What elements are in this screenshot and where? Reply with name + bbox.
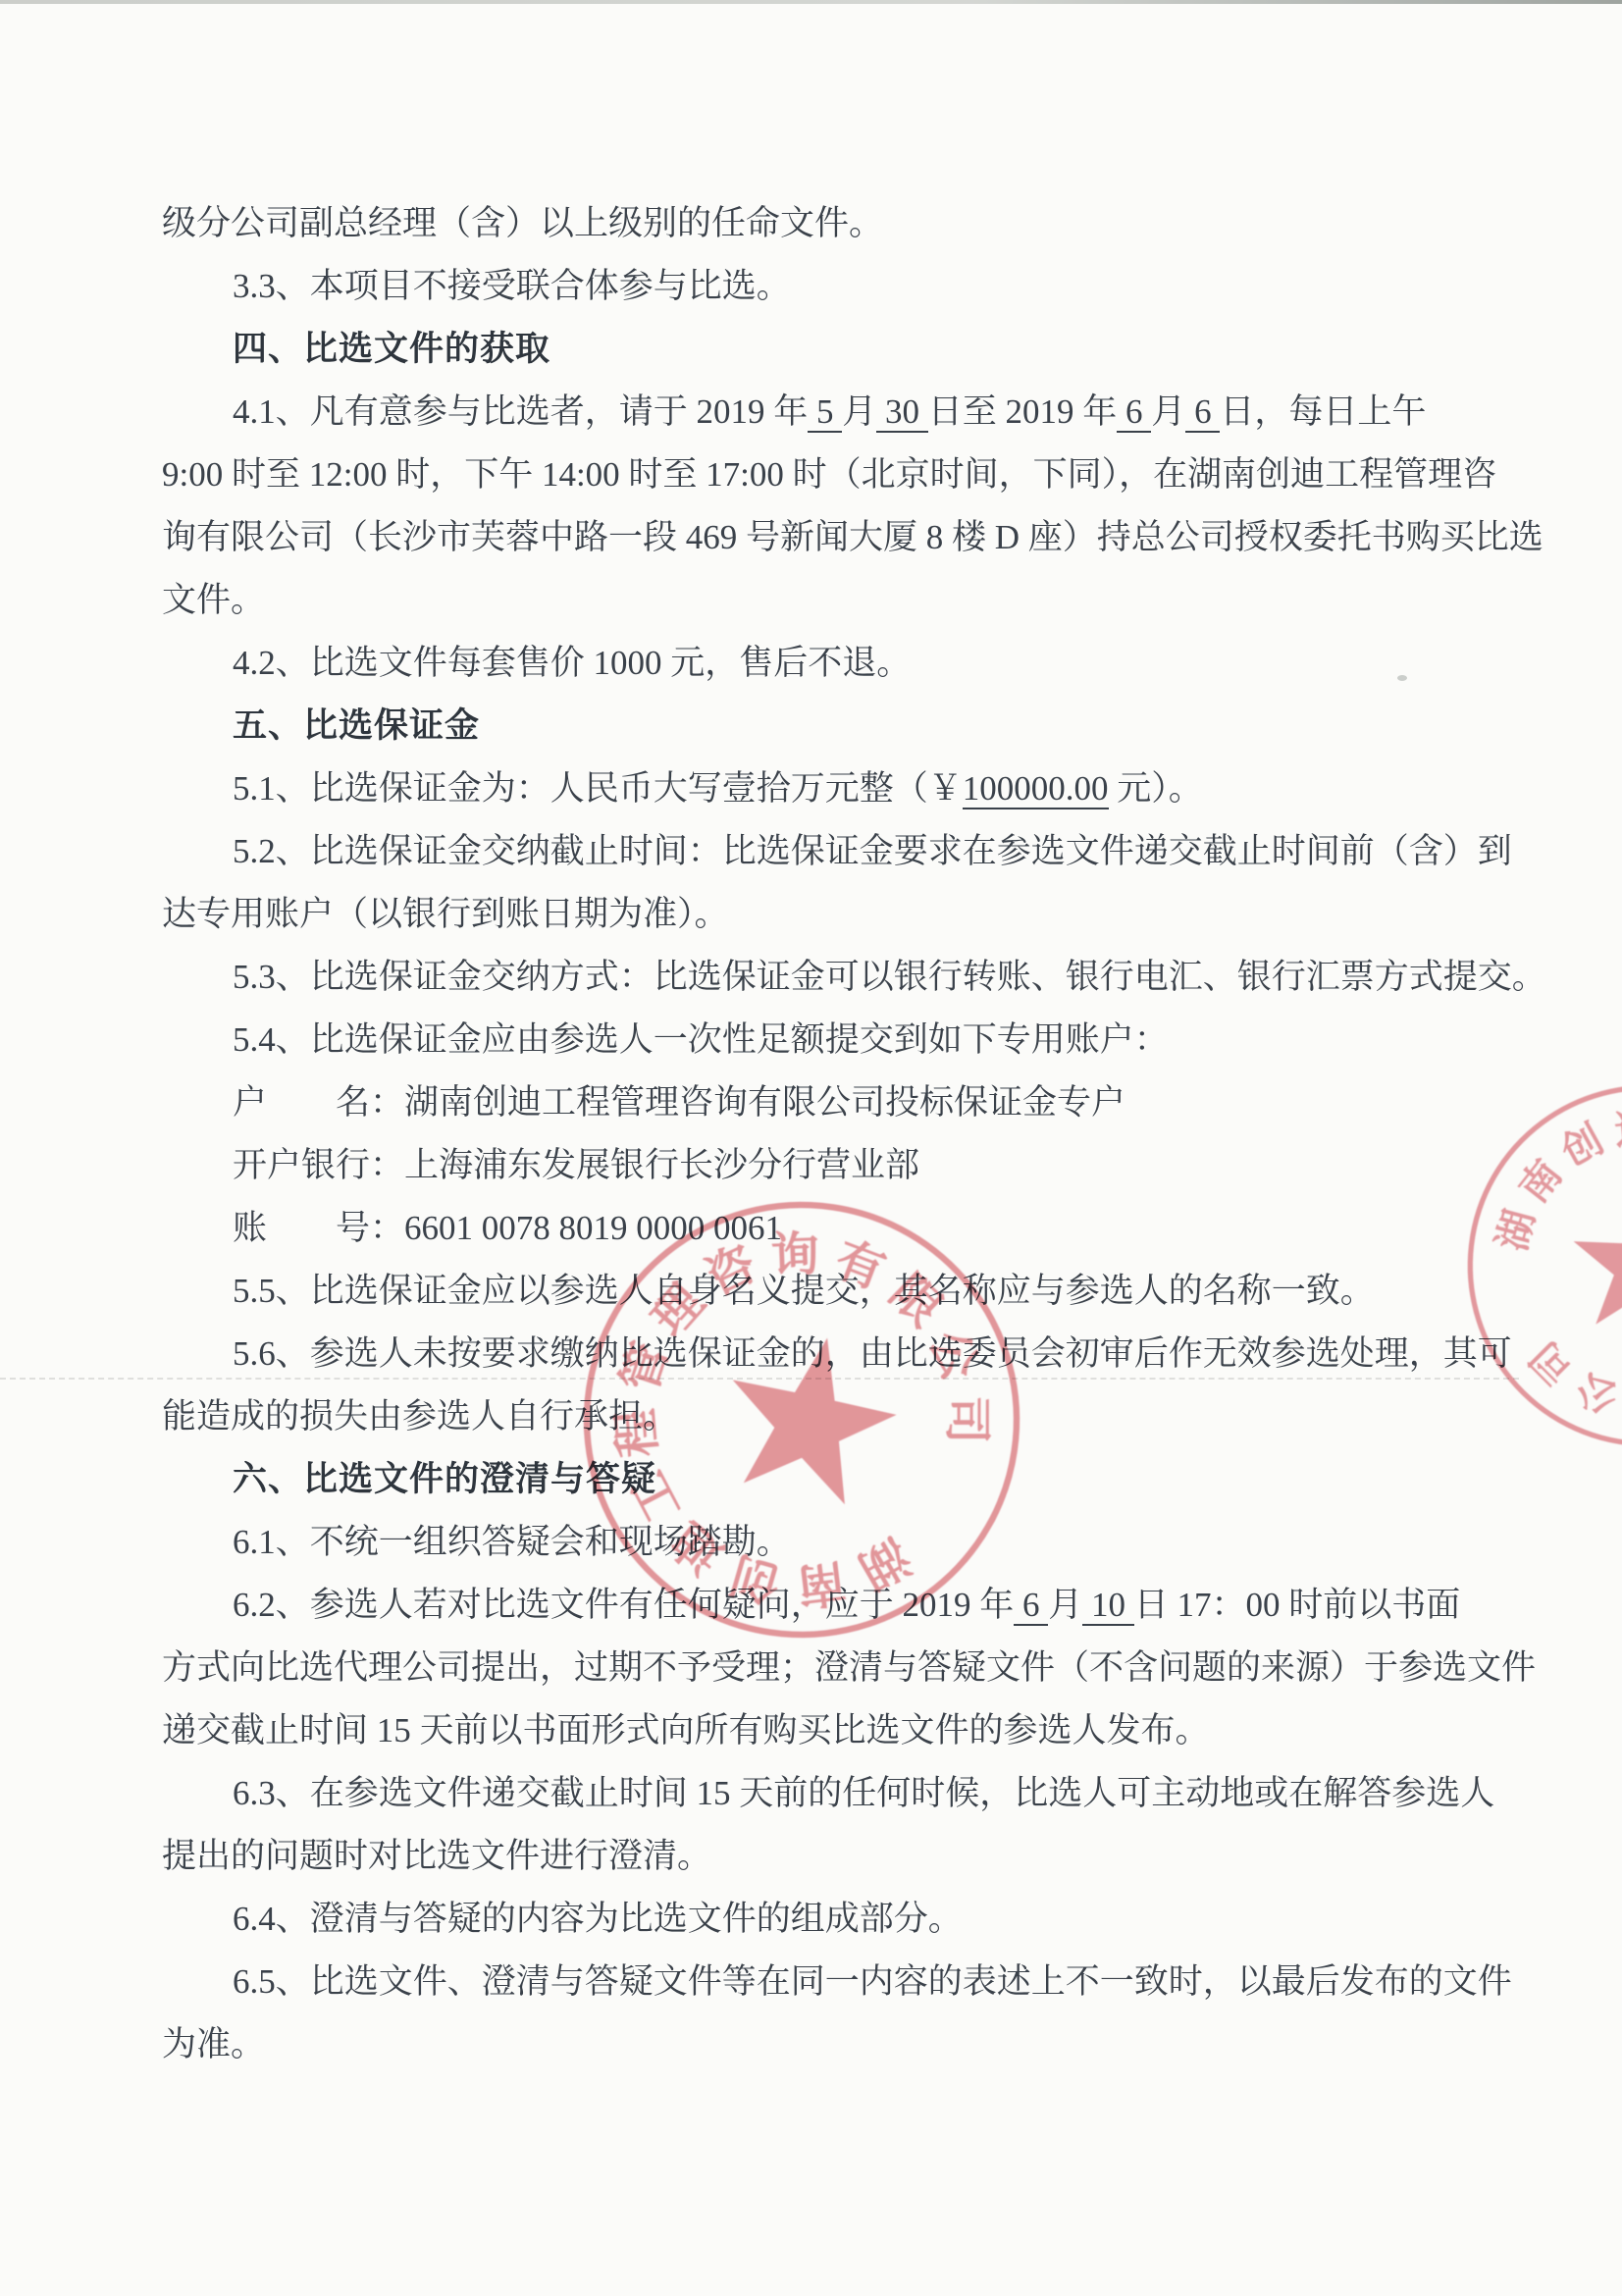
text-line: 6.4、澄清与答疑的内容为比选文件的组成部分。 bbox=[162, 1888, 1472, 1951]
text-run: 日，每日上午 bbox=[1220, 392, 1426, 431]
text-line: 6.5、比选文件、澄清与答疑文件等在同一内容的表述上不一致时，以最后发布的文件 bbox=[162, 1951, 1472, 2013]
text-run: 户 名：湖南创迪工程管理咨询有限公司投标保证金专户 bbox=[233, 1083, 1125, 1122]
seal-text-char: 创 bbox=[1554, 1117, 1610, 1174]
text-run: 4.2、比选文件每套售价 1000 元，售后不退。 bbox=[233, 644, 911, 682]
text-run: 递交截止时间 15 天前以书面形式向所有购买比选文件的参选人发布。 bbox=[162, 1711, 1210, 1749]
text-run: 6.4、澄清与答疑的内容为比选文件的组成部分。 bbox=[233, 1900, 963, 1938]
text-line: 能造成的损失由参选人自行承担。 bbox=[162, 1385, 1472, 1448]
text-run: 为准。 bbox=[162, 2025, 265, 2063]
seal-text-char: 湖 bbox=[1490, 1205, 1543, 1255]
text-run: 能造成的损失由参选人自行承担。 bbox=[162, 1397, 677, 1435]
text-run: 5.4、比选保证金应由参选人一次性足额提交到如下专用账户： bbox=[233, 1020, 1169, 1059]
text-run: 6.5、比选文件、澄清与答疑文件等在同一内容的表述上不一致时，以最后发布的文件 bbox=[233, 1962, 1512, 2001]
text-run: 日至 2019 年 bbox=[928, 392, 1118, 431]
text-line: 9:00 时至 12:00 时，下午 14:00 时至 17:00 时（北京时间… bbox=[162, 444, 1472, 506]
text-run: 询有限公司（长沙市芙蓉中路一段 469 号新闻大厦 8 楼 D 座）持总公司授权… bbox=[162, 518, 1544, 556]
text-run: 9:00 时至 12:00 时，下午 14:00 时至 17:00 时（北京时间… bbox=[162, 455, 1496, 494]
scan-fold-line bbox=[0, 1378, 1519, 1380]
text-line: 达专用账户（以银行到账日期为准）。 bbox=[162, 883, 1472, 946]
text-line: 4.1、凡有意参与比选者，请于 2019 年 5 月 30 日至 2019 年 … bbox=[162, 381, 1472, 444]
text-run: 月 bbox=[842, 392, 876, 431]
scan-speck bbox=[1397, 675, 1407, 681]
text-line: 5.3、比选保证金交纳方式：比选保证金可以银行转账、银行电汇、银行汇票方式提交。 bbox=[162, 946, 1472, 1009]
filled-blank: 5 bbox=[808, 392, 842, 433]
section-heading: 五、比选保证金 bbox=[162, 695, 1472, 757]
text-run: 账 号：6601 0078 8019 0000 0061 bbox=[233, 1209, 782, 1247]
text-run: 六、比选文件的澄清与答疑 bbox=[233, 1460, 656, 1498]
text-run: 文件。 bbox=[162, 581, 265, 619]
text-run: 级分公司副总经理（含）以上级别的任命文件。 bbox=[162, 204, 883, 242]
text-line: 3.3、本项目不接受联合体参与比选。 bbox=[162, 255, 1472, 318]
text-line: 4.2、比选文件每套售价 1000 元，售后不退。 bbox=[162, 632, 1472, 695]
text-run: 6.3、在参选文件递交截止时间 15 天前的任何时候，比选人可主动地或在解答参选… bbox=[233, 1774, 1494, 1812]
section-heading: 四、比选文件的获取 bbox=[162, 318, 1472, 381]
text-line: 开户银行：上海浦东发展银行长沙分行营业部 bbox=[162, 1134, 1472, 1197]
text-run: 五、比选保证金 bbox=[233, 706, 480, 745]
text-run: 方式向比选代理公司提出，过期不予受理；澄清与答疑文件（不含问题的来源）于参选文件 bbox=[162, 1648, 1536, 1687]
text-line: 6.2、参选人若对比选文件有任何疑问，应于 2019 年 6 月 10 日 17… bbox=[162, 1574, 1472, 1637]
star-icon bbox=[1567, 1181, 1622, 1350]
text-line: 户 名：湖南创迪工程管理咨询有限公司投标保证金专户 bbox=[162, 1071, 1472, 1134]
text-run: 元）。 bbox=[1109, 769, 1203, 808]
scan-edge-artifact bbox=[0, 0, 1622, 4]
text-line: 6.3、在参选文件递交截止时间 15 天前的任何时候，比选人可主动地或在解答参选… bbox=[162, 1762, 1472, 1825]
filled-blank: 10 bbox=[1082, 1586, 1134, 1626]
filled-blank: 6 bbox=[1185, 392, 1220, 433]
text-run: 开户银行：上海浦东发展银行长沙分行营业部 bbox=[233, 1146, 919, 1184]
text-line: 5.4、比选保证金应由参选人一次性足额提交到如下专用账户： bbox=[162, 1009, 1472, 1071]
text-run: 5.3、比选保证金交纳方式：比选保证金可以银行转账、银行电汇、银行汇票方式提交。 bbox=[233, 958, 1546, 996]
text-run: 月 bbox=[1151, 392, 1185, 431]
text-line: 5.5、比选保证金应以参选人自身名义提交，其名称应与参选人的名称一致。 bbox=[162, 1260, 1472, 1323]
text-line: 5.2、比选保证金交纳截止时间：比选保证金要求在参选文件递交截止时间前（含）到 bbox=[162, 820, 1472, 883]
document-lines: 级分公司副总经理（含）以上级别的任命文件。3.3、本项目不接受联合体参与比选。四… bbox=[162, 192, 1472, 2076]
text-run: 4.1、凡有意参与比选者，请于 2019 年 bbox=[233, 392, 808, 431]
filled-blank: 6 bbox=[1117, 392, 1151, 433]
section-heading: 六、比选文件的澄清与答疑 bbox=[162, 1448, 1472, 1511]
text-run: 6.2、参选人若对比选文件有任何疑问，应于 2019 年 bbox=[233, 1586, 1014, 1624]
text-run: 3.3、本项目不接受联合体参与比选。 bbox=[233, 267, 791, 305]
filled-blank: 6 bbox=[1014, 1586, 1048, 1626]
document-page: 级分公司副总经理（含）以上级别的任命文件。3.3、本项目不接受联合体参与比选。四… bbox=[0, 0, 1622, 2296]
text-run: 5.2、比选保证金交纳截止时间：比选保证金要求在参选文件递交截止时间前（含）到 bbox=[233, 832, 1512, 870]
text-line: 方式向比选代理公司提出，过期不予受理；澄清与答疑文件（不含问题的来源）于参选文件 bbox=[162, 1637, 1472, 1699]
text-line: 6.1、不统一组织答疑会和现场踏勘。 bbox=[162, 1511, 1472, 1574]
text-line: 提出的问题时对比选文件进行澄清。 bbox=[162, 1825, 1472, 1888]
text-run: 日 17：00 时前以书面 bbox=[1134, 1586, 1461, 1624]
seal-text-char: 司 bbox=[1522, 1332, 1582, 1392]
seal-text-char: 公 bbox=[1570, 1365, 1622, 1421]
text-run: 达专用账户（以银行到账日期为准）。 bbox=[162, 895, 729, 933]
text-line: 递交截止时间 15 天前以书面形式向所有购买比选文件的参选人发布。 bbox=[162, 1699, 1472, 1762]
text-run: 5.1、比选保证金为：人民币大写壹拾万元整（￥ bbox=[233, 769, 963, 808]
filled-blank: 100000.00 bbox=[963, 769, 1109, 809]
text-line: 账 号：6601 0078 8019 0000 0061 bbox=[162, 1197, 1472, 1260]
text-run: 提出的问题时对比选文件进行澄清。 bbox=[162, 1837, 711, 1875]
text-line: 5.1、比选保证金为：人民币大写壹拾万元整（￥100000.00 元）。 bbox=[162, 757, 1472, 820]
text-line: 为准。 bbox=[162, 2013, 1472, 2076]
seal-text-char: 南 bbox=[1511, 1152, 1571, 1211]
text-run: 月 bbox=[1048, 1586, 1082, 1624]
seal-text-char: 迪 bbox=[1612, 1106, 1622, 1154]
text-line: 询有限公司（长沙市芙蓉中路一段 469 号新闻大厦 8 楼 D 座）持总公司授权… bbox=[162, 506, 1472, 569]
text-line: 文件。 bbox=[162, 569, 1472, 632]
text-run: 5.6、参选人未按要求缴纳比选保证金的，由比选委员会初审后作无效参选处理，其可 bbox=[233, 1334, 1512, 1373]
text-line: 级分公司副总经理（含）以上级别的任命文件。 bbox=[162, 192, 1472, 255]
text-run: 6.1、不统一组织答疑会和现场踏勘。 bbox=[233, 1523, 791, 1561]
text-run: 5.5、比选保证金应以参选人自身名义提交，其名称应与参选人的名称一致。 bbox=[233, 1272, 1375, 1310]
text-line: 5.6、参选人未按要求缴纳比选保证金的，由比选委员会初审后作无效参选处理，其可 bbox=[162, 1323, 1472, 1385]
filled-blank: 30 bbox=[876, 392, 928, 433]
text-run: 四、比选文件的获取 bbox=[233, 330, 550, 368]
